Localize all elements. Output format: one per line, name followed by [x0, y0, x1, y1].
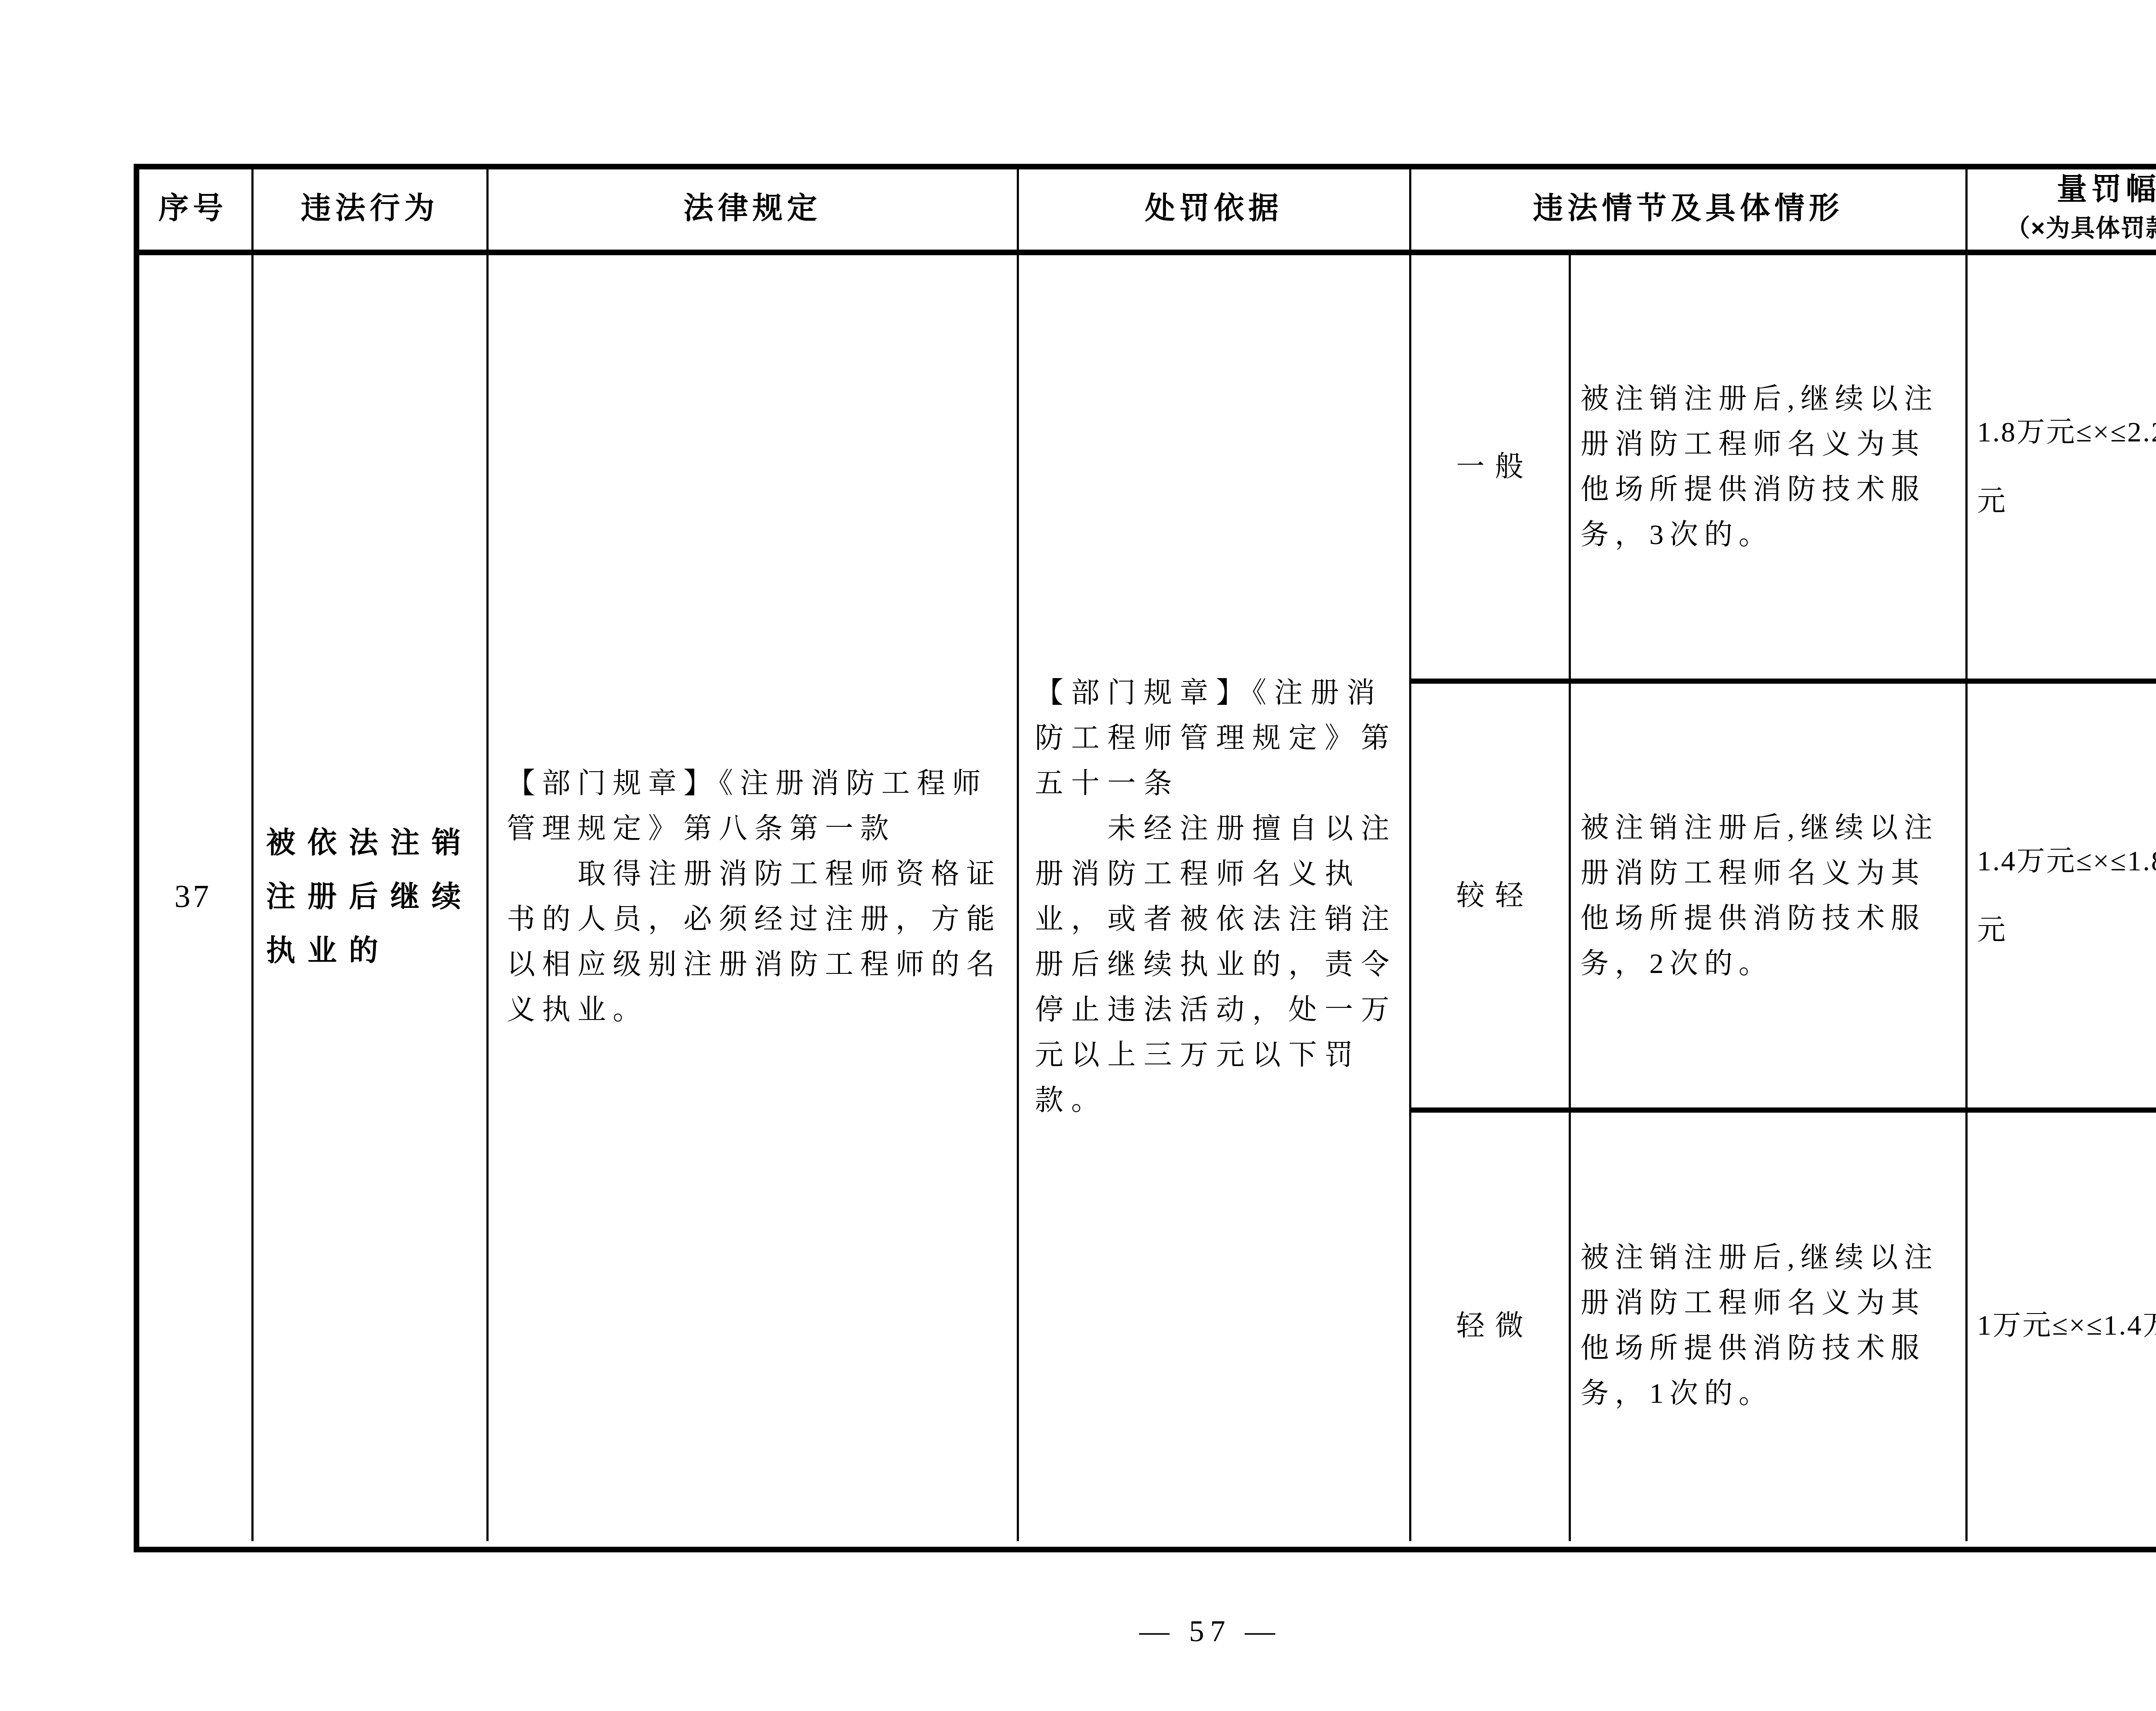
detail-cell-minor: 被注销注册后,继续以注 册消防工程师名义为其 他场所提供消防技术服 务，1次的。: [1570, 1110, 1966, 1541]
header-law-label: 法律规定: [683, 188, 821, 228]
header-range-subtitle: （×为具体罚款金额）: [2006, 209, 2156, 247]
severity-cell-minor: 轻微: [1410, 1110, 1570, 1541]
detail-cell-lighter: 被注销注册后,继续以注 册消防工程师名义为其 他场所提供消防技术服 务，2次的。: [1570, 681, 1966, 1110]
range-cell-minor: 1万元≤×≤1.4万元: [1966, 1110, 2156, 1541]
row-index-cell: 37: [134, 252, 252, 1541]
range-cell-general: 1.8万元≤×≤2.2万 元: [1966, 252, 2156, 681]
row-behavior-cell: 被依法注销 注册后继续 执业的: [252, 252, 487, 1541]
subrow-divider-1: [1410, 679, 2156, 684]
header-index-label: 序号: [159, 188, 228, 228]
header-range-title: 量罚幅度: [2057, 169, 2156, 209]
grid-vline-2: [486, 164, 489, 1541]
header-circumstances: 违法情节及具体情形: [1410, 164, 1966, 252]
page-number: — 57 —: [0, 1614, 2156, 1649]
row-law-cell: 【部门规章】《注册消防工程师 管理规定》第八条第一款 取得注册消防工程师资格证 …: [487, 252, 1018, 1541]
detail-cell-general: 被注销注册后,继续以注 册消防工程师名义为其 他场所提供消防技术服 务，3次的。: [1570, 252, 1966, 681]
grid-vline-5: [1965, 164, 1968, 1541]
header-separator-line: [134, 250, 2156, 255]
severity-cell-lighter: 较轻: [1410, 681, 1570, 1110]
header-range: 量罚幅度 （×为具体罚款金额）: [1966, 164, 2156, 252]
row-index-value: 37: [175, 879, 212, 915]
header-circumstances-label: 违法情节及具体情形: [1533, 188, 1843, 228]
header-behavior: 违法行为: [252, 164, 487, 252]
range-cell-lighter: 1.4万元≤×≤1.8万 元: [1966, 681, 2156, 1110]
grid-vline-severity: [1569, 252, 1571, 1541]
grid-vline-3: [1017, 164, 1019, 1541]
subrow-divider-2: [1410, 1107, 2156, 1113]
header-basis-label: 处罚依据: [1145, 188, 1283, 228]
grid-vline-4: [1409, 164, 1411, 1541]
severity-cell-general: 一般: [1410, 252, 1570, 681]
header-basis: 处罚依据: [1018, 164, 1410, 252]
header-law: 法律规定: [487, 164, 1018, 252]
scanned-document-page: { "page": { "number": "— 57 —" }, "table…: [0, 0, 2156, 1711]
grid-vline-1: [251, 164, 254, 1541]
header-behavior-label: 违法行为: [301, 188, 439, 228]
row-basis-cell: 【部门规章】《注册消 防工程师管理规定》第 五十一条 未经注册擅自以注 册消防工…: [1018, 252, 1410, 1541]
header-index: 序号: [134, 164, 252, 252]
